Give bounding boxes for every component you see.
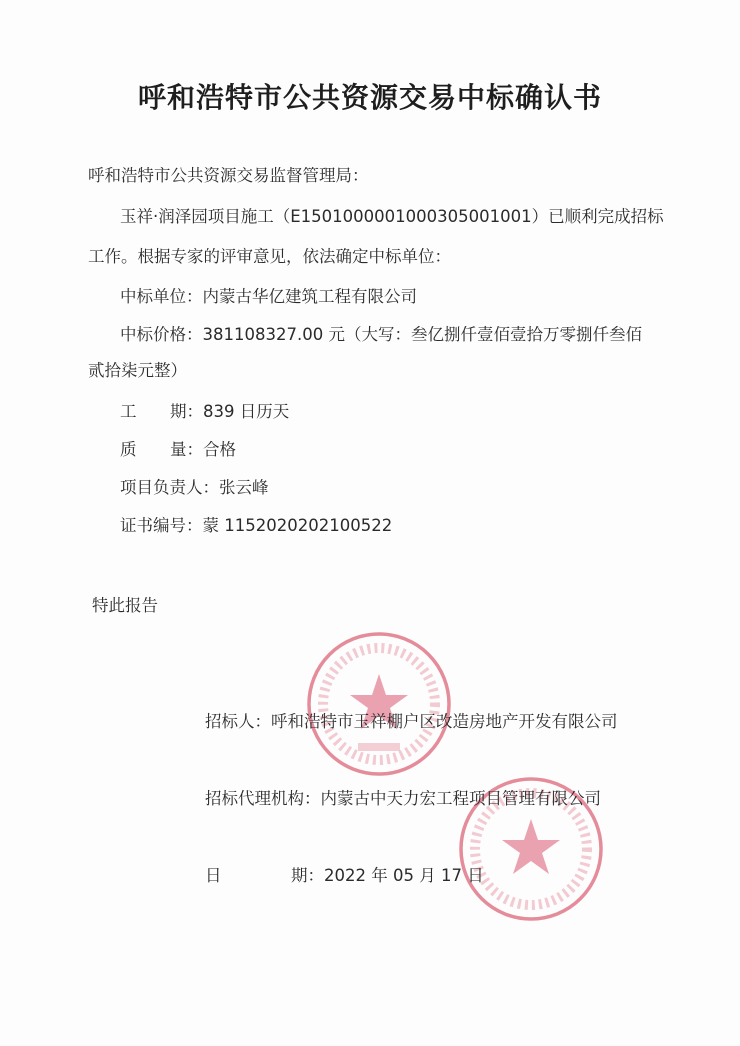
addressee: 呼和浩特市公共资源交易监督管理局：	[88, 162, 369, 186]
tenderer-value: 呼和浩特市玉祥棚户区改造房地产开发有限公司	[271, 712, 618, 731]
project-manager-label: 项目负责人：	[120, 478, 219, 497]
tenderer-seal-stamp	[306, 631, 452, 777]
quality-row: 质量：合格	[120, 436, 236, 460]
date-label-b: 期：	[291, 866, 324, 885]
tenderer-label: 招标人：	[205, 712, 271, 731]
intro-line-1: 玉祥·润泽园项目施工（E1501000001000305001001）已顺利完成…	[120, 203, 664, 227]
certificate-number-value: 蒙 1152020202100522	[203, 516, 393, 535]
winning-bidder-row: 中标单位：内蒙古华亿建筑工程有限公司	[120, 283, 417, 307]
quality-value: 合格	[203, 440, 236, 459]
winning-price-continuation: 贰拾柒元整）	[88, 357, 187, 381]
seal-icon	[306, 631, 452, 777]
winning-bidder-label: 中标单位：	[120, 287, 203, 306]
date-label-a: 日	[205, 862, 291, 886]
certificate-number-row: 证书编号：蒙 1152020202100522	[120, 512, 392, 536]
agent-label: 招标代理机构：	[205, 789, 321, 808]
certificate-number-label: 证书编号：	[120, 516, 203, 535]
project-manager-value: 张云峰	[219, 478, 269, 497]
date-row: 日期：2022 年 05 月 17 日	[205, 862, 484, 886]
date-value: 2022 年 05 月 17 日	[324, 866, 484, 885]
winning-bidder-value: 内蒙古华亿建筑工程有限公司	[203, 287, 418, 306]
tenderer-row: 招标人：呼和浩特市玉祥棚户区改造房地产开发有限公司	[205, 708, 618, 732]
duration-row: 工期：839 日历天	[120, 398, 289, 422]
agent-row: 招标代理机构：内蒙古中天力宏工程项目管理有限公司	[205, 785, 601, 809]
duration-label-a: 工	[120, 398, 170, 422]
document-page: 呼和浩特市公共资源交易中标确认书 呼和浩特市公共资源交易监督管理局： 玉祥·润泽…	[0, 0, 740, 1046]
duration-value: 839 日历天	[203, 402, 289, 421]
document-title: 呼和浩特市公共资源交易中标确认书	[0, 76, 740, 116]
quality-label-a: 质	[120, 436, 170, 460]
duration-label-b: 期：	[170, 402, 203, 421]
agent-value: 内蒙古中天力宏工程项目管理有限公司	[321, 789, 602, 808]
project-manager-row: 项目负责人：张云峰	[120, 474, 269, 498]
quality-label-b: 量：	[170, 440, 203, 459]
winning-price-value: 381108327.00 元（大写：叁亿捌仟壹佰壹拾万零捌仟叁佰	[203, 325, 642, 344]
winning-price-row: 中标价格：381108327.00 元（大写：叁亿捌仟壹佰壹拾万零捌仟叁佰	[120, 321, 642, 345]
intro-line-2: 工作。根据专家的评审意见，依法确定中标单位：	[88, 243, 451, 267]
closing-text: 特此报告	[92, 592, 158, 616]
winning-price-label: 中标价格：	[120, 325, 203, 344]
